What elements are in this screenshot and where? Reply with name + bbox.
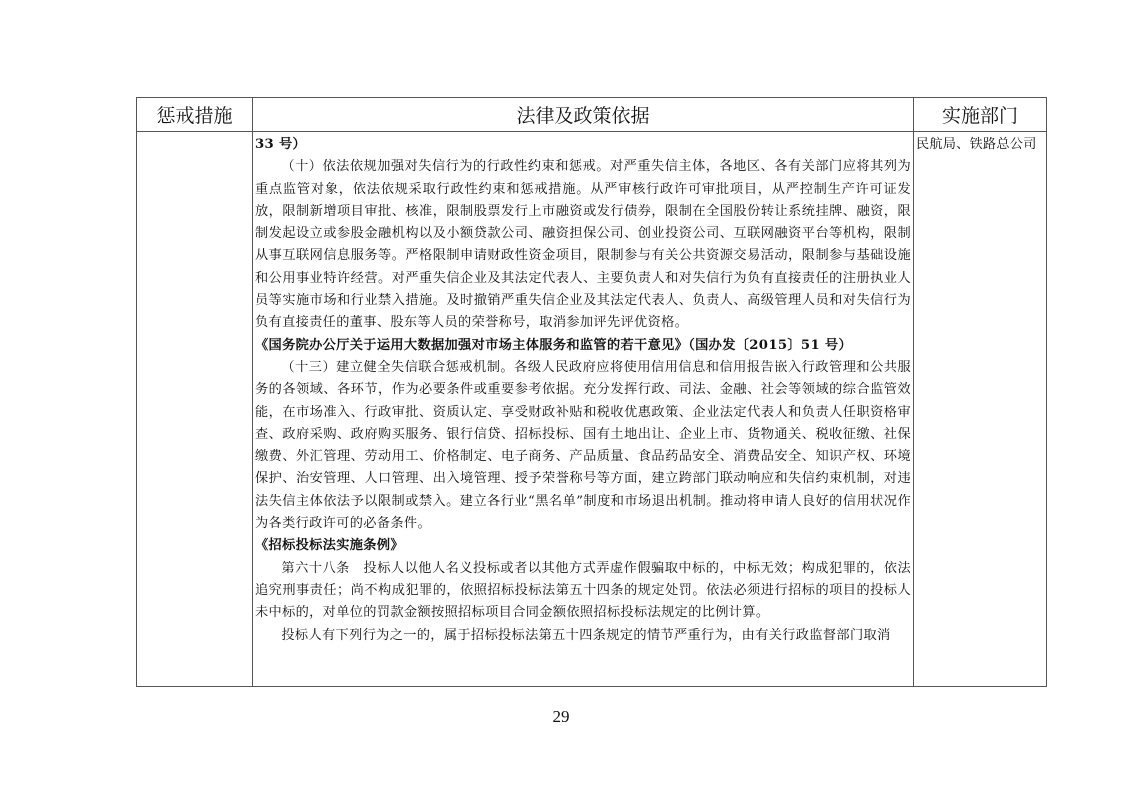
basis-paragraph: （十）依法依规加强对失信行为的行政性约束和惩戒。对严重失信主体，各地区、各有关部… [255,156,911,334]
table-row: 33 号） （十）依法依规加强对失信行为的行政性约束和惩戒。对严重失信主体，各地… [137,132,1047,687]
basis-document-title: 《国务院办公厅关于运用大数据加强对市场主体服务和监管的若干意见》（国办发〔201… [255,335,911,357]
header-department: 实施部门 [914,98,1047,132]
basis-paragraph: （十三）建立健全失信联合惩戒机制。各级人民政府应将使用信用信息和信用报告嵌入行政… [255,357,911,535]
cell-legal-basis: 33 号） （十）依法依规加强对失信行为的行政性约束和惩戒。对严重失信主体，各地… [253,132,914,687]
basis-paragraph: 第六十八条 投标人以他人名义投标或者以其他方式弄虚作假骗取中标的，中标无效；构成… [255,558,911,625]
legal-basis-content: 33 号） （十）依法依规加强对失信行为的行政性约束和惩戒。对严重失信主体，各地… [253,132,913,647]
page-number: 29 [0,707,1122,727]
table-header-row: 惩戒措施 法律及政策依据 实施部门 [137,98,1047,132]
cell-measure [137,132,253,687]
cell-department: 民航局、铁路总公司 [914,132,1047,687]
basis-paragraph: 投标人有下列行为之一的，属于招标投标法第五十四条规定的情节严重行为，由有关行政监… [255,625,911,647]
punishment-measures-table: 惩戒措施 法律及政策依据 实施部门 33 号） （十）依法依规加强对失信行为的行… [136,97,1047,687]
basis-document-title: 《招标投标法实施条例》 [255,535,911,557]
header-measures: 惩戒措施 [137,98,253,132]
header-legal-basis: 法律及政策依据 [253,98,914,132]
department-text: 民航局、铁路总公司 [914,132,1046,158]
basis-continuation: 33 号） [255,134,911,156]
